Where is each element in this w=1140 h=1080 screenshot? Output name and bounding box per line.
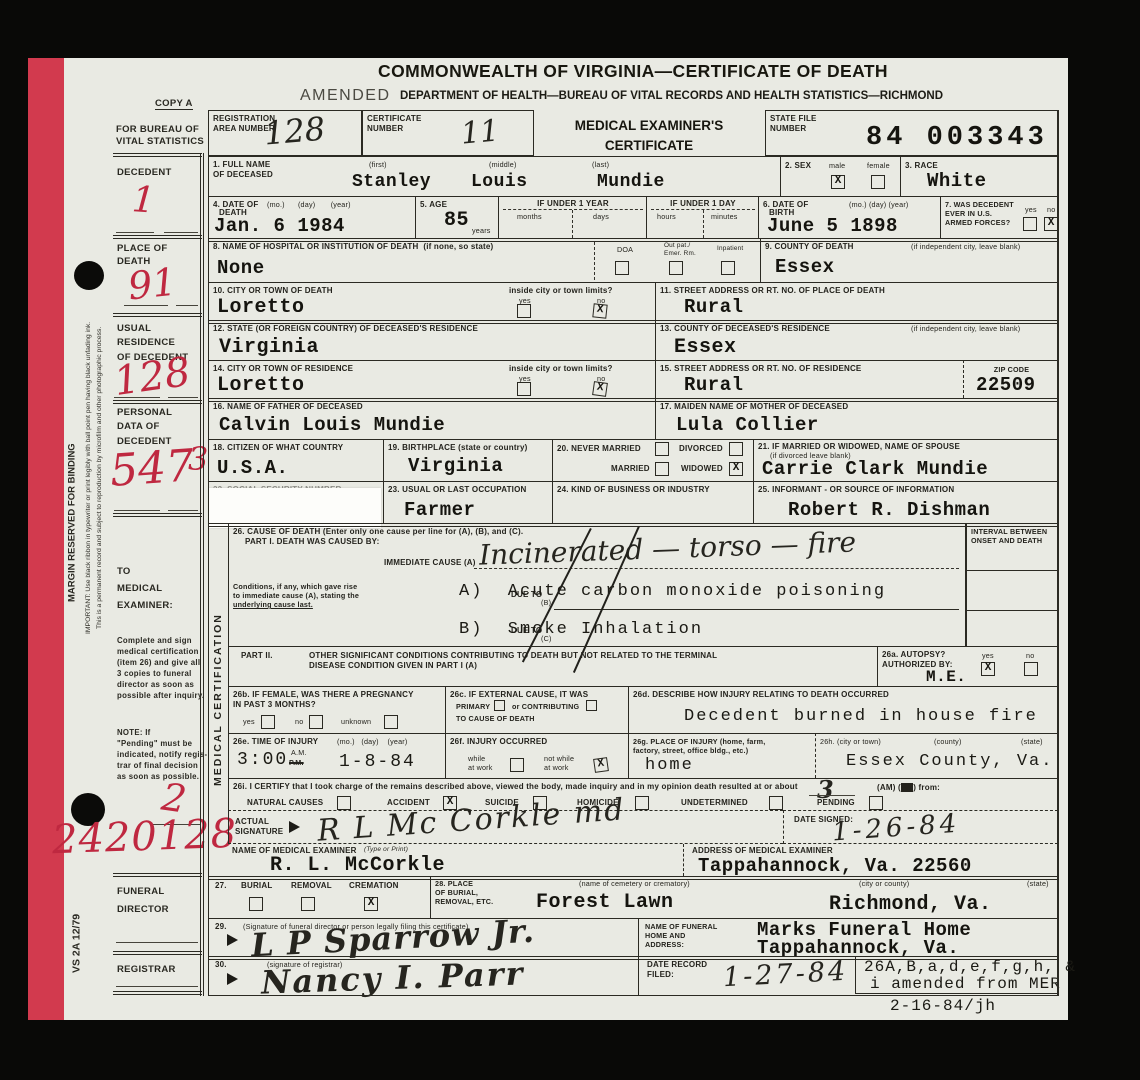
- occupation-box: 23. USUAL OR LAST OCCUPATION Farmer: [383, 481, 552, 523]
- am-open: (AM) (: [877, 783, 901, 792]
- date-of-birth-value: June 5 1898: [767, 215, 898, 237]
- margin-permanent-record-text: This is a permanent record and subject t…: [94, 243, 105, 713]
- forces-yes-label: yes: [1025, 205, 1037, 214]
- date-of-death-units: (mo.) (day) (year): [267, 200, 351, 209]
- forces-no-label: no: [1047, 205, 1055, 214]
- part1-label: PART I. DEATH WAS CAUSED BY:: [245, 537, 380, 547]
- city-residence-label: 14. CITY OR TOWN OF RESIDENCE: [213, 364, 353, 374]
- inpatient-label: Inpatient: [717, 245, 743, 253]
- natural-causes-label: NATURAL CAUSES: [247, 798, 323, 808]
- city-of-death-label: 10. CITY OR TOWN OF DEATH: [213, 286, 333, 296]
- street-of-death-box: 11. STREET ADDRESS OR RT. NO. OF PLACE O…: [655, 282, 1058, 320]
- part2-label: PART II.: [241, 651, 273, 661]
- amendment-date: 2-16-84/jh: [890, 997, 996, 1015]
- middle-name-value: Louis: [471, 172, 528, 192]
- last-sublabel: (last): [592, 160, 609, 169]
- pm-blacked-out: PM: [901, 783, 913, 792]
- county-residence-value: Essex: [674, 336, 737, 359]
- while-at-work-label: while at work: [468, 754, 493, 772]
- under-1-year-label: IF UNDER 1 YEAR: [499, 199, 647, 209]
- place-of-burial-label: 28. PLACE OF BURIAL, REMOVAL, ETC.: [435, 879, 493, 906]
- form-number: VS 2A 12/79: [68, 888, 85, 998]
- funeral-home-label: NAME OF FUNERAL HOME AND ADDRESS:: [645, 922, 717, 949]
- time-of-injury-value: 3:00: [237, 750, 288, 770]
- binding-stripe: [28, 58, 64, 1020]
- pm-label-struck: P.M.: [289, 758, 304, 767]
- time-of-injury-box: 26e. TIME OF INJURY (mo.) (day) (year) 3…: [228, 733, 445, 778]
- father-label: 16. NAME OF FATHER OF DECEASED: [213, 402, 363, 412]
- certificate-number-value: 11: [460, 113, 501, 151]
- business-label: 24. KIND OF BUSINESS OR INDUSTRY: [557, 485, 710, 495]
- natural-causes-checkbox[interactable]: [337, 796, 351, 810]
- occupation-value: Farmer: [404, 499, 475, 521]
- injury-county-label: (county): [934, 737, 962, 746]
- red-annotation-91: 91: [126, 260, 179, 309]
- mother-label: 17. MAIDEN NAME OF MOTHER OF DECEASED: [660, 402, 848, 412]
- last-name-value: Mundie: [597, 172, 665, 192]
- primary-label: PRIMARY: [456, 702, 490, 711]
- cremation-checkbox[interactable]: X: [364, 897, 378, 911]
- city-residence-value: Loretto: [217, 374, 305, 397]
- autopsy-yes-label: yes: [982, 651, 994, 660]
- age-value: 85: [444, 209, 469, 232]
- to-cause-label: TO CAUSE OF DEATH: [456, 714, 535, 723]
- homicide-checkbox[interactable]: [635, 796, 649, 810]
- injury-description-value: Decedent burned in house fire: [684, 707, 1038, 726]
- amendment-box: 26A,B,a,d,e,f,g,h, & i amended from MER: [855, 956, 1058, 994]
- injury-description-box: 26d. DESCRIBE HOW INJURY RELATING TO DEA…: [628, 686, 1058, 733]
- pregnancy-box: 26b. IF FEMALE, WAS THERE A PREGNANCY IN…: [228, 686, 445, 733]
- state-residence-value: Virginia: [219, 336, 319, 359]
- zip-box: ZIP CODE 22509: [963, 360, 1058, 398]
- while-at-work-checkbox[interactable]: [510, 758, 524, 772]
- hospital-box: 8. NAME OF HOSPITAL OR INSTITUTION OF DE…: [208, 238, 760, 282]
- limits-label-residence: inside city or town limits?: [509, 364, 613, 374]
- county-of-death-value: Essex: [775, 256, 835, 278]
- city-or-county-note: (city or county): [859, 879, 909, 888]
- zip-label: ZIP CODE: [964, 365, 1059, 374]
- state-note: (state): [1027, 879, 1049, 888]
- place-of-injury-value: home: [645, 756, 694, 775]
- not-while-at-work-checkbox[interactable]: X: [593, 757, 609, 773]
- age-box: 5. AGE 85 years: [415, 196, 498, 238]
- cause-of-death-box: 26. CAUSE OF DEATH (Enter only one cause…: [228, 523, 1058, 646]
- outpatient-label: Out pat./ Emer. Rm.: [664, 242, 696, 258]
- street-residence-label: 15. STREET ADDRESS OR RT. NO. OF RESIDEN…: [660, 364, 861, 374]
- burial-label: BURIAL: [241, 881, 272, 891]
- date-filed-box: DATE RECORD FILED: 1-27-84: [638, 956, 855, 996]
- state-residence-label: 12. STATE (OR FOREIGN COUNTRY) OF DECEAS…: [213, 324, 478, 334]
- armed-forces-box: 7. WAS DECEDENT EVER IN U.S. ARMED FORCE…: [940, 196, 1058, 238]
- registrar-signature-box: 30. (signature of registrar) Nancy I. Pa…: [208, 956, 638, 996]
- autopsy-no-checkbox[interactable]: [1024, 662, 1038, 676]
- informant-box: 25. INFORMANT - OR SOURCE OF INFORMATION…: [753, 481, 1058, 523]
- autopsy-label: 26a. AUTOPSY? AUTHORIZED BY:: [882, 650, 953, 670]
- citizen-label: 18. CITIZEN OF WHAT COUNTRY: [213, 443, 343, 453]
- doa-label: DOA: [617, 245, 633, 254]
- pregnancy-no-checkbox[interactable]: [309, 715, 323, 729]
- section-label-registrar: REGISTRAR: [117, 961, 176, 979]
- city-residence-box: 14. CITY OR TOWN OF RESIDENCE inside cit…: [208, 360, 655, 398]
- date-of-birth-units: (mo.) (day) (year): [849, 200, 909, 209]
- medical-examiners-line2: CERTIFICATE: [538, 136, 760, 156]
- external-cause-box: 26c. IF EXTERNAL CAUSE, IT WAS PRIMARY o…: [445, 686, 628, 733]
- forces-yes-checkbox[interactable]: [1023, 217, 1037, 231]
- occupation-label: 23. USUAL OR LAST OCCUPATION: [388, 485, 527, 495]
- date-filed-label: DATE RECORD FILED:: [647, 960, 707, 980]
- county-of-death-box: 9. COUNTY OF DEATH (if independent city,…: [760, 238, 1058, 282]
- not-while-at-work-label: not while at work: [544, 754, 574, 772]
- section-label-funeral-director: FUNERAL DIRECTOR: [117, 883, 169, 919]
- limits-res-no-checkbox[interactable]: X: [592, 381, 608, 397]
- widowed-checkbox[interactable]: X: [729, 462, 743, 476]
- removal-label: REMOVAL: [291, 881, 332, 891]
- birthplace-label: 19. BIRTHPLACE (state or country): [388, 443, 528, 453]
- cause-label: 26. CAUSE OF DEATH (Enter only one cause…: [233, 527, 523, 537]
- hospital-value: None: [217, 257, 265, 279]
- type-or-print-label: (Type or Print): [364, 846, 408, 854]
- spouse-value: Carrie Clark Mundie: [762, 458, 988, 480]
- street-residence-box: 15. STREET ADDRESS OR RT. NO. OF RESIDEN…: [655, 360, 963, 398]
- county-of-death-label: 9. COUNTY OF DEATH: [765, 242, 854, 252]
- injury-city-label: 26h. (city or town): [820, 737, 881, 746]
- armed-forces-label: 7. WAS DECEDENT EVER IN U.S. ARMED FORCE…: [945, 200, 1014, 227]
- funeral-signature-box: 29. (Signature of funeral director or pe…: [208, 918, 638, 956]
- divorced-label: DIVORCED: [679, 444, 723, 454]
- primary-checkbox[interactable]: [494, 700, 505, 711]
- undetermined-checkbox[interactable]: [769, 796, 783, 810]
- certificate-paper: MARGIN RESERVED FOR BINDING IMPORTANT: U…: [28, 58, 1068, 1020]
- injury-location-value: Essex County, Va.: [846, 752, 1053, 771]
- external-cause-label: 26c. IF EXTERNAL CAUSE, IT WAS: [450, 690, 588, 700]
- section-label-to-medical-examiner: TO MEDICAL EXAMINER:: [117, 563, 173, 614]
- street-of-death-label: 11. STREET ADDRESS OR RT. NO. OF PLACE O…: [660, 286, 885, 296]
- pending-checkbox[interactable]: [869, 796, 883, 810]
- part2-text: OTHER SIGNIFICANT CONDITIONS CONTRIBUTIN…: [309, 651, 717, 671]
- married-checkbox[interactable]: [655, 462, 669, 476]
- informant-value: Robert R. Dishman: [788, 499, 990, 521]
- pregnancy-yes-checkbox[interactable]: [261, 715, 275, 729]
- under-1-day-label: IF UNDER 1 DAY: [647, 199, 759, 209]
- pending-note: NOTE: If "Pending" must be indicated, no…: [117, 728, 207, 783]
- am-pm-from-label: (AM) (PM) from:: [877, 783, 940, 793]
- certify-box: 26i. I CERTIFY that I took charge of the…: [228, 778, 1058, 810]
- funeral-home-box: NAME OF FUNERAL HOME AND ADDRESS: Marks …: [638, 918, 1058, 956]
- removal-checkbox[interactable]: [301, 897, 315, 911]
- sex-box: 2. SEX male female X: [780, 156, 900, 196]
- signature-arrow-icon: [227, 973, 238, 985]
- never-married-label: 20. NEVER MARRIED: [557, 444, 641, 454]
- state-residence-box: 12. STATE (OR FOREIGN COUNTRY) OF DECEAS…: [208, 320, 655, 360]
- male-checkbox[interactable]: X: [831, 175, 845, 189]
- state-file-value: 84 003343: [866, 123, 1048, 153]
- state-file-box: STATE FILE NUMBER 84 003343: [765, 110, 1058, 156]
- city-of-death-box: 10. CITY OR TOWN OF DEATH inside city or…: [208, 282, 655, 320]
- medical-examiner-instructions: Complete and sign medical certification …: [117, 636, 204, 701]
- citizen-box: 18. CITIZEN OF WHAT COUNTRY U.S.A.: [208, 439, 383, 481]
- contributing-checkbox[interactable]: [586, 700, 597, 711]
- autopsy-authorized-value: M.E.: [926, 668, 966, 686]
- date-of-birth-box: 6. DATE OF (mo.) (day) (year) BIRTH June…: [758, 196, 940, 238]
- signature-arrow-icon: [227, 934, 238, 946]
- race-value: White: [927, 170, 987, 192]
- if-under-1-day-box: IF UNDER 1 DAY hours minutes: [646, 196, 758, 238]
- forces-no-checkbox[interactable]: X: [1044, 217, 1058, 231]
- burial-city-value: Richmond, Va.: [829, 893, 992, 916]
- cause-b-value: A) Acute carbon monoxide poisoning: [459, 582, 886, 601]
- medical-examiner-address-value: Tappahannock, Va. 22560: [698, 855, 972, 877]
- copy-label: COPY A: [155, 98, 193, 110]
- state-file-label: STATE FILE NUMBER: [770, 114, 817, 134]
- female-label: female: [867, 161, 890, 170]
- amended-stamp: AMENDED: [300, 87, 391, 105]
- limits-death-yes-checkbox[interactable]: [517, 304, 531, 318]
- injury-description-label: 26d. DESCRIBE HOW INJURY RELATING TO DEA…: [633, 690, 889, 700]
- date-of-death-box: 4. DATE OF (mo.) (day) (year) DEATH Jan.…: [208, 196, 415, 238]
- street-residence-value: Rural: [684, 374, 744, 396]
- county-residence-box: 13. COUNTY OF DECEASED'S RESIDENCE (if i…: [655, 320, 1058, 360]
- medical-certification-strip: [208, 523, 228, 876]
- medical-examiner-address-box: ADDRESS OF MEDICAL EXAMINER Tappahannock…: [683, 844, 1058, 876]
- immediate-cause-label: IMMEDIATE CAUSE (A): [384, 558, 476, 568]
- time-of-injury-label: 26e. TIME OF INJURY: [233, 737, 318, 747]
- am-label: A.M.: [291, 748, 307, 757]
- immediate-cause-handwriting: Incinerated — torso — fire: [479, 525, 857, 571]
- injury-location-box: 26h. (city or town) (county) (state) Ess…: [815, 733, 1058, 778]
- medical-examiners-line1: MEDICAL EXAMINER'S: [538, 116, 760, 136]
- burial-checkbox[interactable]: [249, 897, 263, 911]
- age-unit: years: [472, 226, 491, 235]
- margin-binding-label: MARGIN RESERVED FOR BINDING: [64, 378, 80, 668]
- full-name-label: 1. FULL NAME OF DECEASED: [213, 160, 273, 180]
- divorced-checkbox[interactable]: [729, 442, 743, 456]
- disposition-box: 27. BURIAL REMOVAL CREMATION X: [208, 876, 430, 918]
- business-box: 24. KIND OF BUSINESS OR INDUSTRY: [552, 481, 753, 523]
- red-annotation-547: 547: [108, 440, 195, 497]
- signature-arrow-icon: [289, 821, 300, 833]
- item29-number: 29.: [215, 922, 227, 932]
- pregnancy-yes-label: yes: [243, 717, 255, 726]
- spouse-box: 21. IF MARRIED OR WIDOWED, NAME OF SPOUS…: [753, 439, 1058, 481]
- pregnancy-unknown-label: unknown: [341, 717, 371, 726]
- place-of-burial-value: Forest Lawn: [536, 891, 674, 914]
- limits-death-no-checkbox[interactable]: X: [592, 303, 607, 318]
- marital-status-box: 20. NEVER MARRIED DIVORCED MARRIED WIDOW…: [552, 439, 753, 481]
- first-name-value: Stanley: [352, 172, 431, 192]
- zip-value: 22509: [976, 374, 1036, 396]
- days-label: days: [593, 212, 609, 221]
- pending-label: PENDING: [817, 798, 855, 808]
- female-checkbox[interactable]: [871, 175, 885, 189]
- date-filed-value: 1-27-84: [722, 956, 849, 994]
- medical-examiner-name-value: R. L. McCorkle: [270, 854, 445, 877]
- male-label: male: [829, 161, 845, 170]
- pregnancy-label: 26b. IF FEMALE, WAS THERE A PREGNANCY IN…: [233, 690, 438, 710]
- if-under-1-year-box: IF UNDER 1 YEAR months days: [498, 196, 646, 238]
- place-of-injury-label: 26g. PLACE OF INJURY (home, farm, factor…: [633, 737, 765, 755]
- hospital-label: 8. NAME OF HOSPITAL OR INSTITUTION OF DE…: [213, 242, 493, 252]
- actual-signature-box: ACTUAL SIGNATURE R L Mc Corkle md: [228, 810, 783, 844]
- county-of-death-note: (if independent city, leave blank): [911, 242, 1020, 251]
- autopsy-box: 26a. AUTOPSY? AUTHORIZED BY: M.E. yes no…: [877, 646, 1058, 686]
- injury-occurred-box: 26f. INJURY OCCURRED while at work not w…: [445, 733, 628, 778]
- part2-box: PART II. OTHER SIGNIFICANT CONDITIONS CO…: [228, 646, 877, 686]
- autopsy-yes-checkbox[interactable]: X: [981, 662, 995, 676]
- time-of-injury-units: (mo.) (day) (year): [337, 737, 408, 746]
- injury-occurred-label: 26f. INJURY OCCURRED: [450, 737, 547, 747]
- contributing-label: or CONTRIBUTING: [512, 702, 579, 711]
- cause-c-value: B) Smoke Inhalation: [459, 620, 703, 639]
- inpatient-checkbox[interactable]: [721, 261, 735, 275]
- actual-signature-label: ACTUAL SIGNATURE: [235, 817, 283, 837]
- first-sublabel: (first): [369, 160, 387, 169]
- county-residence-note: (if independent city, leave blank): [911, 324, 1020, 333]
- limits-res-yes-checkbox[interactable]: [517, 382, 531, 396]
- from-close: ) from:: [913, 783, 940, 792]
- date-of-death-value: Jan. 6 1984: [214, 215, 345, 237]
- amendment-line1: 26A,B,a,d,e,f,g,h, &: [864, 958, 1076, 976]
- father-value: Calvin Louis Mundie: [219, 414, 445, 436]
- place-of-injury-box: 26g. PLACE OF INJURY (home, farm, factor…: [628, 733, 815, 778]
- sex-label: 2. SEX: [785, 161, 811, 171]
- middle-sublabel: (middle): [489, 160, 517, 169]
- bureau-label: FOR BUREAU OF VITAL STATISTICS: [116, 124, 204, 149]
- interval-label: INTERVAL BETWEEN ONSET AND DEATH: [971, 527, 1047, 545]
- item27-number: 27.: [215, 881, 227, 891]
- street-of-death-value: Rural: [684, 296, 744, 318]
- doa-checkbox[interactable]: [615, 261, 629, 275]
- limits-label-death: inside city or town limits?: [509, 286, 613, 296]
- certificate-number-label: CERTIFICATE NUMBER: [367, 114, 422, 134]
- city-of-death-value: Loretto: [217, 296, 305, 319]
- red-annotation-1: 1: [131, 179, 157, 221]
- red-annotation-3: 3: [188, 440, 208, 478]
- birthplace-value: Virginia: [408, 455, 503, 477]
- pregnancy-no-label: no: [295, 717, 303, 726]
- certify-text: 26i. I CERTIFY that I took charge of the…: [233, 782, 803, 792]
- autopsy-no-label: no: [1026, 651, 1034, 660]
- minutes-label: minutes: [711, 212, 738, 221]
- outpatient-checkbox[interactable]: [669, 261, 683, 275]
- mother-box: 17. MAIDEN NAME OF MOTHER OF DECEASED Lu…: [655, 398, 1058, 439]
- cemetery-note: (name of cemetery or crematory): [579, 879, 690, 888]
- full-name-box: 1. FULL NAME OF DECEASED (first) (middle…: [208, 156, 780, 196]
- father-box: 16. NAME OF FATHER OF DECEASED Calvin Lo…: [208, 398, 655, 439]
- citizen-value: U.S.A.: [217, 457, 288, 479]
- date-of-injury-value: 1-8-84: [339, 752, 416, 772]
- registration-area-value: 128: [262, 109, 326, 152]
- department-subtitle: DEPARTMENT OF HEALTH—BUREAU OF VITAL REC…: [400, 90, 943, 102]
- amendment-line2: i amended from MER: [870, 975, 1061, 993]
- race-box: 3. RACE White: [900, 156, 1058, 196]
- item30-number: 30.: [215, 960, 227, 970]
- pregnancy-unknown-checkbox[interactable]: [384, 715, 398, 729]
- hours-label: hours: [657, 212, 676, 221]
- certificate-number-box: CERTIFICATE NUMBER 11: [362, 110, 534, 156]
- injury-state-label: (state): [1021, 737, 1043, 746]
- birthplace-box: 19. BIRTHPLACE (state or country) Virgin…: [383, 439, 552, 481]
- county-residence-label: 13. COUNTY OF DECEASED'S RESIDENCE: [660, 324, 830, 334]
- conditions-note2: underlying cause last.: [233, 600, 313, 609]
- margin-important-text: IMPORTANT: Use black ribbon in typewrite…: [83, 243, 94, 713]
- widowed-label: WIDOWED: [681, 464, 723, 474]
- medical-examiner-name-box: NAME OF MEDICAL EXAMINER (Type or Print)…: [228, 844, 683, 876]
- conditions-note: Conditions, if any, which gave rise to i…: [233, 582, 359, 600]
- mother-value: Lula Collier: [676, 414, 819, 436]
- undetermined-label: UNDETERMINED: [681, 798, 748, 808]
- date-signed-box: DATE SIGNED: 1-26-84: [783, 810, 1058, 844]
- registration-area-box: REGISTRATION AREA NUMBER 128: [208, 110, 362, 156]
- certificate-title: COMMONWEALTH OF VIRGINIA—CERTIFICATE OF …: [208, 61, 1058, 82]
- ssn-redaction-whiteout: [209, 488, 381, 528]
- informant-label: 25. INFORMANT - OR SOURCE OF INFORMATION: [758, 485, 954, 495]
- months-label: months: [517, 212, 542, 221]
- never-married-checkbox[interactable]: [655, 442, 669, 456]
- married-label: MARRIED: [611, 464, 650, 474]
- cremation-label: CREMATION: [349, 881, 399, 891]
